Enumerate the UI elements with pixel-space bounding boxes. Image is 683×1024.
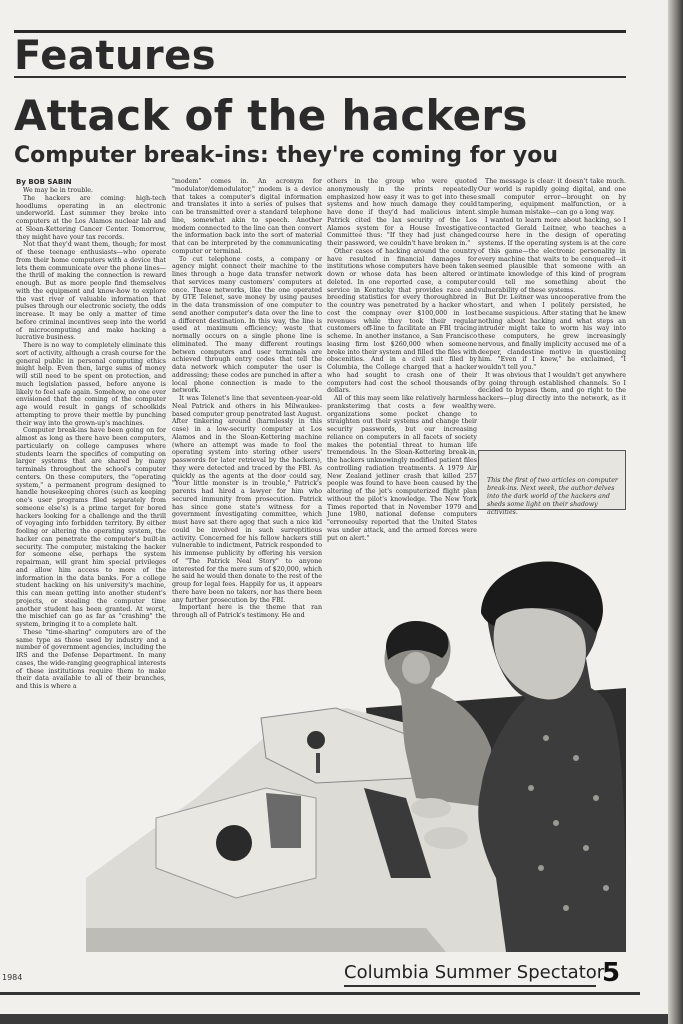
- series-note-box: This the first of two articles on comput…: [478, 450, 626, 510]
- paragraph: Other cases of hacking around the countr…: [327, 248, 477, 395]
- page-edge-shadow: [668, 0, 683, 1024]
- paragraph: others in the group who were quoted anon…: [327, 178, 477, 248]
- section-rule: [14, 76, 626, 78]
- paragraph: It was obvious that I wouldn't get anywh…: [478, 372, 626, 411]
- photo-women-at-terminals: [86, 548, 626, 952]
- paragraph: But Dr. Leitner was uncooperative from t…: [478, 294, 626, 372]
- paragraph: The message is clear: it doesn't take mu…: [478, 178, 626, 217]
- paragraph: All of this may seem like relatively har…: [327, 395, 477, 542]
- newspaper-page: Features Attack of the hackers Computer …: [0, 0, 668, 1014]
- paragraph: "modem" comes in. An acronym for "modula…: [172, 178, 322, 256]
- section-title: Features: [14, 34, 216, 78]
- article-column-4: The message is clear: it doesn't take mu…: [478, 178, 626, 411]
- article-column-3: others in the group who were quoted anon…: [327, 178, 477, 542]
- paragraph: There is no way to completely eliminate …: [16, 342, 166, 427]
- publication-underline: [344, 985, 596, 987]
- publication-name: Columbia Summer Spectator: [344, 962, 604, 983]
- footer-rule: [0, 992, 640, 995]
- paragraph: We may be in trouble.: [16, 187, 166, 195]
- subheadline: Computer break-ins: they're coming for y…: [14, 143, 558, 169]
- paragraph: The hackers are coming: high-tech hoodlu…: [16, 195, 166, 242]
- headline: Attack of the hackers: [14, 92, 528, 140]
- paragraph: I wanted to learn more about hacking, so…: [478, 217, 626, 295]
- issue-year: 1984: [2, 973, 22, 982]
- paragraph: To cut telephone costs, a company or age…: [172, 256, 322, 396]
- series-note-text: This the first of two articles on comput…: [487, 477, 621, 517]
- paragraph: Not that they'd want them, though; for m…: [16, 241, 166, 342]
- byline: By BOB SABIN: [16, 178, 166, 187]
- page-number: 5: [602, 958, 620, 988]
